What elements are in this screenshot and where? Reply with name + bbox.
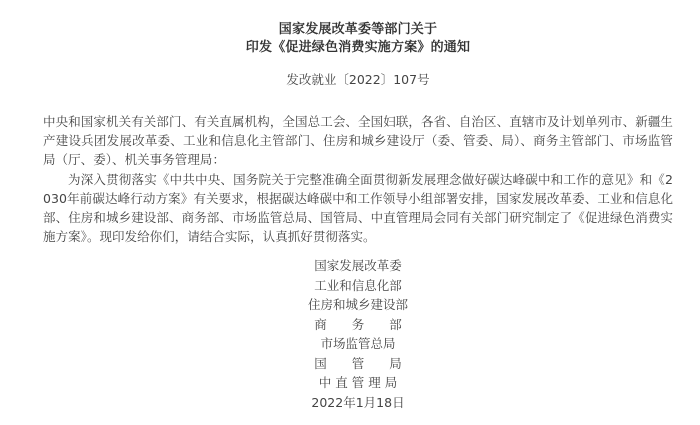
signatory: 商 务 部 (43, 315, 673, 335)
signatory: 住房和城乡建设部 (43, 295, 673, 315)
main-paragraph: 为深入贯彻落实《中共中央、国务院关于完整准确全面贯彻新发展理念做好碳达峰碳中和工… (43, 170, 673, 247)
signatory: 国家发展改革委 (43, 256, 673, 276)
document-date: 2022年1月18日 (43, 393, 673, 413)
signatory: 市场监管总局 (43, 334, 673, 354)
document-title-line2: 印发《促进绿色消费实施方案》的通知 (43, 39, 673, 57)
document-number: 发改就业〔2022〕107号 (43, 71, 673, 89)
document-title-line1: 国家发展改革委等部门关于 (43, 21, 673, 39)
recipients-paragraph: 中央和国家机关有关部门、有关直属机构，全国总工会、全国妇联，各省、自治区、直辖市… (43, 112, 673, 170)
signatory: 国 管 局 (43, 354, 673, 374)
signatory: 工业和信息化部 (43, 276, 673, 296)
document-body: 中央和国家机关有关部门、有关直属机构，全国总工会、全国妇联，各省、自治区、直辖市… (43, 112, 673, 246)
signature-block: 国家发展改革委 工业和信息化部 住房和城乡建设部 商 务 部 市场监管总局 国 … (43, 256, 673, 412)
signatory: 中 直 管 理 局 (43, 373, 673, 393)
